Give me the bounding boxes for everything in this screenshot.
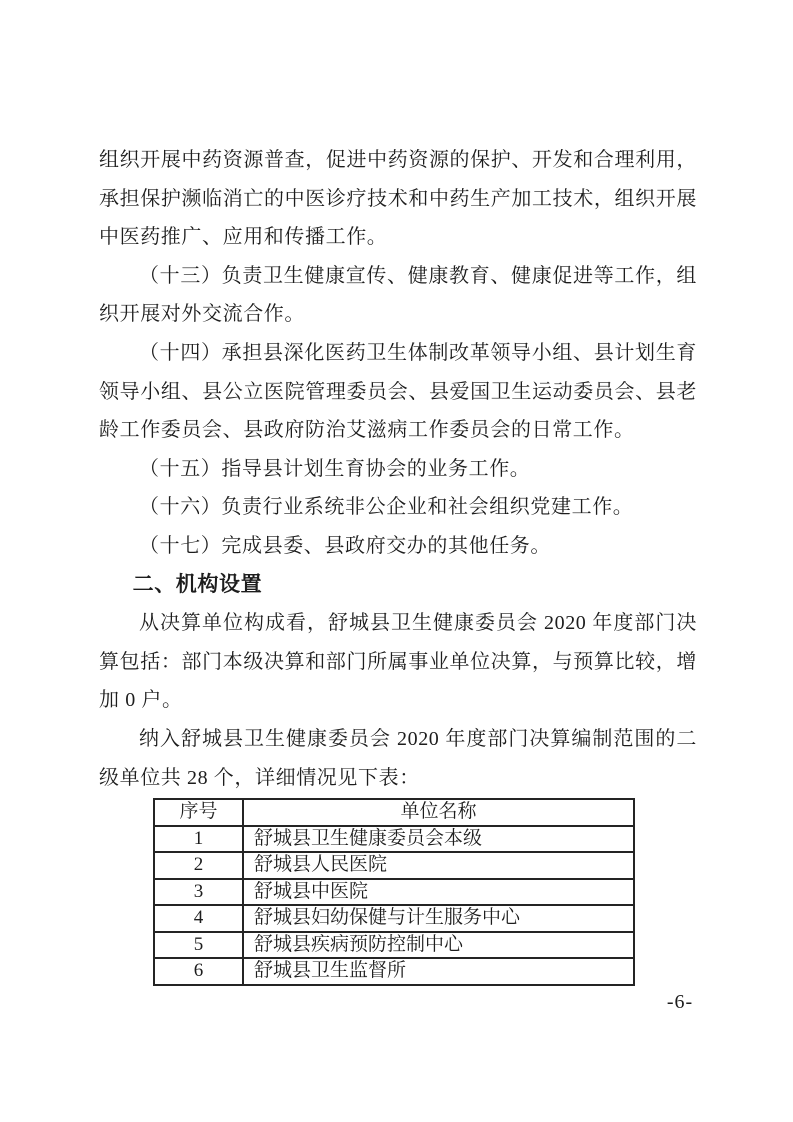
units-table: 序号 单位名称 1 舒城县卫生健康委员会本级 2 舒城县人民医院 3 舒城县中医…: [153, 798, 635, 986]
table-cell-unit-name: 舒城县中医院: [243, 879, 634, 906]
paragraph-item-15: （十五）指导县计划生育协会的业务工作。: [99, 450, 697, 489]
table-cell-unit-name: 舒城县卫生监督所: [243, 958, 634, 985]
table-cell-serial: 6: [154, 958, 243, 985]
page-number: -6-: [655, 991, 705, 1014]
table-row: 4 舒城县妇幼保健与计生服务中心: [154, 905, 634, 932]
document-page: 组织开展中药资源普查，促进中药资源的保护、开发和合理利用，承担保护濒临消亡的中医…: [0, 0, 793, 1122]
table-cell-unit-name: 舒城县疾病预防控制中心: [243, 932, 634, 959]
table-row: 1 舒城县卫生健康委员会本级: [154, 826, 634, 853]
paragraph-item-16: （十六）负责行业系统非公企业和社会组织党建工作。: [99, 488, 697, 527]
table-row: 5 舒城县疾病预防控制中心: [154, 932, 634, 959]
table-cell-serial: 4: [154, 905, 243, 932]
section-heading-organization-setup: 二、机构设置: [99, 566, 697, 605]
table-row: 3 舒城县中医院: [154, 879, 634, 906]
table-cell-unit-name: 舒城县卫生健康委员会本级: [243, 826, 634, 853]
paragraph-units-intro: 纳入舒城县卫生健康委员会 2020 年度部门决算编制范围的二级单位共 28 个，…: [99, 720, 697, 797]
table-row: 2 舒城县人民医院: [154, 852, 634, 879]
table-cell-unit-name: 舒城县人民医院: [243, 852, 634, 879]
paragraph-item-13: （十三）负责卫生健康宣传、健康教育、健康促进等工作，组织开展对外交流合作。: [99, 257, 697, 334]
table-cell-unit-name: 舒城县妇幼保健与计生服务中心: [243, 905, 634, 932]
paragraph-budget-composition: 从决算单位构成看，舒城县卫生健康委员会 2020 年度部门决算包括：部门本级决算…: [99, 604, 697, 720]
table-header-unit-name: 单位名称: [243, 799, 634, 826]
table-cell-serial: 2: [154, 852, 243, 879]
table-cell-serial: 5: [154, 932, 243, 959]
paragraph-duties-continuation: 组织开展中药资源普查，促进中药资源的保护、开发和合理利用，承担保护濒临消亡的中医…: [99, 141, 697, 257]
page-content: 组织开展中药资源普查，促进中药资源的保护、开发和合理利用，承担保护濒临消亡的中医…: [99, 141, 697, 986]
paragraph-item-14: （十四）承担县深化医药卫生体制改革领导小组、县计划生育领导小组、县公立医院管理委…: [99, 334, 697, 450]
table-cell-serial: 1: [154, 826, 243, 853]
table-header-serial-number: 序号: [154, 799, 243, 826]
paragraph-item-17: （十七）完成县委、县政府交办的其他任务。: [99, 527, 697, 566]
table-row: 6 舒城县卫生监督所: [154, 958, 634, 985]
table-header-row: 序号 单位名称: [154, 799, 634, 826]
table-cell-serial: 3: [154, 879, 243, 906]
